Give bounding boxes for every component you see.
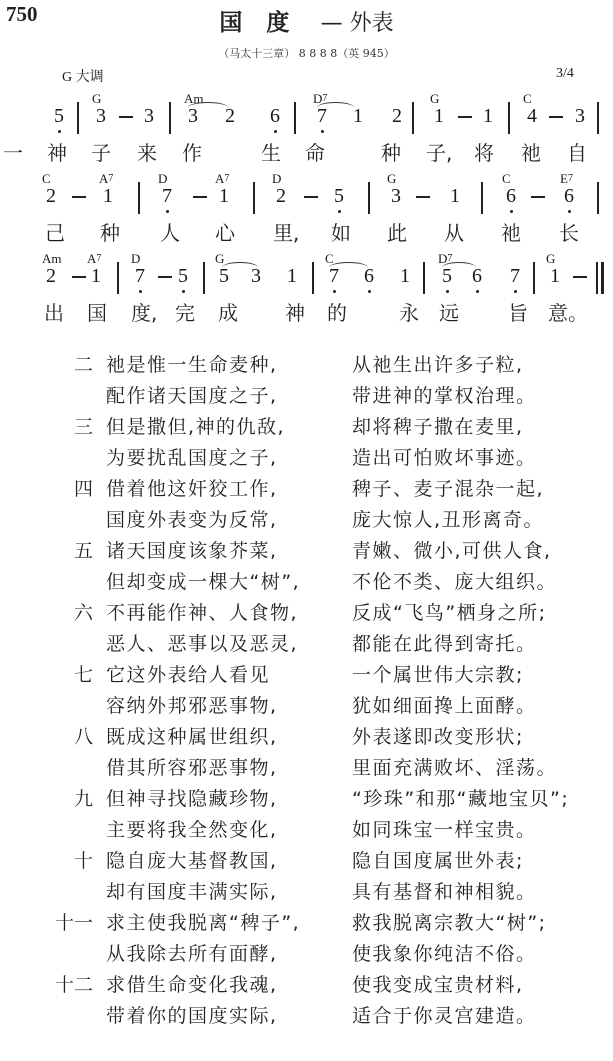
note-dash [72, 196, 86, 198]
chord-symbol: A7 [87, 252, 101, 267]
lyric-syllable: 己 [45, 222, 65, 244]
lyric-syllable: 出 [44, 302, 64, 324]
note: 6 [268, 106, 282, 126]
verse-right-text: “珍珠”和那“藏地宝贝”; [352, 788, 569, 810]
verse-number: 十 [33, 850, 93, 872]
barline [117, 262, 119, 294]
lyric-syllable: 里, [273, 222, 299, 244]
lyric-syllable: 命 [305, 142, 325, 164]
verse-line: 国度外表变为反常,庞大惊人,丑形离奇。 [0, 509, 613, 540]
chord-symbol: G [92, 92, 101, 105]
note: 1 [448, 186, 462, 206]
note-dash [416, 196, 430, 198]
tie-slur [442, 262, 476, 273]
verse-left-text: 求借生命变化我魂, [106, 974, 278, 996]
verse-line: 六不再能作神、人食物,反成“飞鸟”栖身之所; [0, 602, 613, 633]
note: 2 [274, 186, 288, 206]
chord-symbol: D [272, 172, 281, 185]
verse-line: 配作诸天国度之子,带进神的掌权治理。 [0, 385, 613, 416]
note-dash [549, 116, 563, 118]
verse-right-text: 却将稗子撒在麦里, [352, 416, 524, 438]
chord-symbol: C [523, 92, 532, 105]
note: 1 [548, 266, 562, 286]
verse-right-text: 使我变成宝贵材料, [352, 974, 524, 996]
barline [597, 102, 599, 134]
verse-line: 借其所容邪恶事物,里面充满败坏、淫荡。 [0, 757, 613, 788]
lyric-syllable: 种 [100, 222, 120, 244]
verse-right-text: 救我脱离宗教大“树”; [352, 912, 547, 934]
note-dash [119, 116, 133, 118]
lyric-syllable: 远 [439, 302, 459, 324]
score-line-1: 53G33Am267D7121G14C3一神子来作生命种子,将祂自 [0, 92, 613, 172]
verse-number: 十一 [33, 912, 93, 934]
note: 7 [160, 186, 174, 206]
tie-slur [329, 262, 368, 273]
final-barline-thick [601, 262, 604, 294]
lyric-syllable: 作 [182, 142, 202, 164]
lyric-syllable: 国 [87, 302, 107, 324]
verse-right-text: 造出可怕败坏事迹。 [352, 447, 537, 469]
verse-right-text: 适合于你灵宫建造。 [352, 1005, 537, 1027]
verse-right-text: 隐自国度属世外表; [352, 850, 524, 872]
note-dash [193, 196, 207, 198]
verse-left-text: 国度外表变为反常, [106, 509, 278, 531]
barline [169, 102, 171, 134]
note-dash [304, 196, 318, 198]
verse-line: 十二求借生命变化我魂,使我变成宝贵材料, [0, 974, 613, 1005]
verse-line: 八既成这种属世组织,外表遂即改变形状; [0, 726, 613, 757]
verse-line: 容纳外邦邪恶事物,犹如细面搀上面酵。 [0, 695, 613, 726]
note: 5 [176, 266, 190, 286]
barline [423, 262, 425, 294]
verse-left-text: 诸天国度该象芥菜, [106, 540, 278, 562]
verse-right-text: 里面充满败坏、淫荡。 [352, 757, 557, 779]
note: 2 [44, 266, 58, 286]
note-dash [458, 116, 472, 118]
verse-number: 八 [33, 726, 93, 748]
barline [481, 182, 483, 214]
note: 3 [573, 106, 587, 126]
verse-right-text: 使我象你纯洁不俗。 [352, 943, 537, 965]
note: 7 [508, 266, 522, 286]
note: 3 [389, 186, 403, 206]
barline [253, 182, 255, 214]
verse-left-text: 它这外表给人看见 [106, 664, 270, 686]
verse-line: 从我除去所有面酵,使我象你纯洁不俗。 [0, 943, 613, 974]
lyric-syllable: 生 [261, 142, 281, 164]
lyric-syllable: 永 [399, 302, 419, 324]
chord-symbol: G [430, 92, 439, 105]
verse-number: 四 [33, 478, 93, 500]
chord-symbol: G [387, 172, 396, 185]
verse-left-text: 求主使我脱离“稗子”, [106, 912, 300, 934]
verse-line: 三但是撒但,神的仇敌,却将稗子撒在麦里, [0, 416, 613, 447]
verse-left-text: 既成这种属世组织, [106, 726, 278, 748]
title-subtitle: — 外表 [321, 11, 394, 36]
note: 1 [481, 106, 495, 126]
verse-right-text: 具有基督和神相貌。 [352, 881, 537, 903]
note: 3 [94, 106, 108, 126]
verse-right-text: 都能在此得到寄托。 [352, 633, 537, 655]
barline [312, 262, 314, 294]
verse-line: 但却变成一棵大“树”,不伦不类、庞大组织。 [0, 571, 613, 602]
chord-symbol: C [502, 172, 511, 185]
verse-number: 九 [33, 788, 93, 810]
note-dash [573, 276, 587, 278]
chord-symbol: Am [42, 252, 62, 265]
verse-left-text: 借其所容邪恶事物, [106, 757, 278, 779]
note: 1 [89, 266, 103, 286]
verse-right-text: 外表遂即改变形状; [352, 726, 524, 748]
verse-right-text: 不伦不类、庞大组织。 [352, 571, 557, 593]
chord-symbol: E7 [560, 172, 573, 187]
lyric-syllable: 来 [137, 142, 157, 164]
lyric-syllable: 将 [474, 142, 494, 164]
verse-left-text: 容纳外邦邪恶事物, [106, 695, 278, 717]
verse-left-text: 主要将我全然变化, [106, 819, 278, 841]
lyric-syllable: 子, [426, 142, 452, 164]
verse-number: 三 [33, 416, 93, 438]
tie-slur [222, 262, 258, 273]
barline [203, 262, 205, 294]
lyric-syllable: 度, [131, 302, 157, 324]
verse-line: 七它这外表给人看见一个属世伟大宗教; [0, 664, 613, 695]
lyric-syllable: 心 [215, 222, 235, 244]
verse-left-text: 却有国度丰满实际, [106, 881, 278, 903]
lyric-syllable: 祂 [501, 222, 521, 244]
lyric-syllable: 的 [327, 302, 347, 324]
verse-right-text: 庞大惊人,丑形离奇。 [352, 509, 544, 531]
lyric-syllable: 种 [381, 142, 401, 164]
verse-line: 五诸天国度该象芥菜,青嫩、微小,可供人食, [0, 540, 613, 571]
note: 3 [142, 106, 156, 126]
final-barline-thin [596, 262, 598, 294]
verse-left-text: 为要扰乱国度之子, [106, 447, 278, 469]
verse-number: 六 [33, 602, 93, 624]
tie-slur [188, 102, 228, 113]
barline [368, 182, 370, 214]
tie-slur [317, 102, 354, 113]
verse-right-text: 稗子、麦子混杂一起, [352, 478, 544, 500]
verse-line: 九但神寻找隐藏珍物,“珍珠”和那“藏地宝贝”; [0, 788, 613, 819]
verse-right-text: 如同珠宝一样宝贵。 [352, 819, 537, 841]
verse-line: 为要扰乱国度之子,造出可怕败坏事迹。 [0, 447, 613, 478]
lyric-syllable: 旨 [508, 302, 528, 324]
verse-number: 七 [33, 664, 93, 686]
score-line-2: 2C1A77D1A72D53G16C6E7己种人心里,如此从祂长 [0, 172, 613, 252]
lyric-syllable: 长 [559, 222, 579, 244]
verse-line: 主要将我全然变化,如同珠宝一样宝贵。 [0, 819, 613, 850]
note: 5 [332, 186, 346, 206]
verse-left-text: 但是撒但,神的仇敌, [106, 416, 285, 438]
lyric-syllable: 人 [160, 222, 180, 244]
note: 5 [52, 106, 66, 126]
note: 6 [562, 186, 576, 206]
barline [533, 262, 535, 294]
lyric-syllable: 祂 [521, 142, 541, 164]
note: 4 [525, 106, 539, 126]
chord-symbol: D [158, 172, 167, 185]
note-dash [531, 196, 545, 198]
barline [412, 102, 414, 134]
verse-number: 五 [33, 540, 93, 562]
verse-left-text: 带着你的国度实际, [106, 1005, 278, 1027]
title-main: 国度 [219, 10, 313, 36]
lyric-syllable: 神 [47, 142, 67, 164]
verse-left-text: 从我除去所有面酵, [106, 943, 278, 965]
time-signature: 3/4 [556, 66, 574, 82]
chord-symbol: G [546, 252, 555, 265]
note: 1 [432, 106, 446, 126]
verse-line: 却有国度丰满实际,具有基督和神相貌。 [0, 881, 613, 912]
barline [294, 102, 296, 134]
lyric-syllable: 意。 [548, 302, 588, 324]
note: 1 [398, 266, 412, 286]
verse-right-text: 反成“飞鸟”栖身之所; [352, 602, 547, 624]
verse-left-text: 配作诸天国度之子, [106, 385, 278, 407]
verse-left-text: 祂是惟一生命麦种, [106, 354, 278, 376]
note-dash [158, 276, 172, 278]
verse-left-text: 但神寻找隐藏珍物, [106, 788, 278, 810]
verse-right-text: 青嫩、微小,可供人食, [352, 540, 552, 562]
verse-left-text: 不再能作神、人食物, [106, 602, 298, 624]
verse-line: 二祂是惟一生命麦种,从祂生出许多子粒, [0, 354, 613, 385]
lyric-syllable: 如 [331, 222, 351, 244]
chord-symbol: A7 [99, 172, 113, 187]
verse-left-text: 恶人、恶事以及恶灵, [106, 633, 298, 655]
barline [597, 182, 599, 214]
lyric-syllable: 从 [444, 222, 464, 244]
verse-left-text: 但却变成一棵大“树”, [106, 571, 300, 593]
note: 1 [285, 266, 299, 286]
verse-line: 恶人、恶事以及恶灵,都能在此得到寄托。 [0, 633, 613, 664]
lyric-syllable: 子 [91, 142, 111, 164]
verse-line: 十隐自庞大基督教国,隐自国度属世外表; [0, 850, 613, 881]
verse-right-text: 犹如细面搀上面酵。 [352, 695, 537, 717]
barline [138, 182, 140, 214]
chord-symbol: D [131, 252, 140, 265]
note: 2 [390, 106, 404, 126]
note: 1 [101, 186, 115, 206]
hymn-meta: （马太十三章） 8 8 8 8（英 945） [0, 45, 613, 61]
verse-right-text: 一个属世伟大宗教; [352, 664, 524, 686]
score-line-3: 2Am1A77D55G317C615D7671G出国度,完成神的永远旨意。 [0, 252, 613, 332]
barline [77, 102, 79, 134]
lyric-syllable: 完 [175, 302, 195, 324]
lyric-syllable: 此 [387, 222, 407, 244]
verse-line: 十一求主使我脱离“稗子”,救我脱离宗教大“树”; [0, 912, 613, 943]
lyric-syllable: 神 [285, 302, 305, 324]
verse-left-text: 借着他这奸狡工作, [106, 478, 278, 500]
chord-symbol: C [42, 172, 51, 185]
chord-symbol: G [215, 252, 224, 265]
key-signature: G 大调 [62, 66, 104, 86]
note: 1 [217, 186, 231, 206]
note: 2 [44, 186, 58, 206]
verse-number: 十二 [33, 974, 93, 996]
verse-right-text: 带进神的掌权治理。 [352, 385, 537, 407]
note-dash [72, 276, 86, 278]
verse-number: 二 [33, 354, 93, 376]
barline [508, 102, 510, 134]
lyric-syllable: 自 [567, 142, 587, 164]
hymn-title: 国度 — 外表 [0, 4, 613, 37]
note: 6 [504, 186, 518, 206]
lyric-syllable: 一 [3, 142, 23, 164]
chord-symbol: A7 [215, 172, 229, 187]
verse-line: 带着你的国度实际,适合于你灵宫建造。 [0, 1005, 613, 1036]
lyric-syllable: 成 [218, 302, 238, 324]
verse-right-text: 从祂生出许多子粒, [352, 354, 524, 376]
verse-line: 四借着他这奸狡工作,稗子、麦子混杂一起, [0, 478, 613, 509]
verse-left-text: 隐自庞大基督教国, [106, 850, 278, 872]
note: 7 [133, 266, 147, 286]
